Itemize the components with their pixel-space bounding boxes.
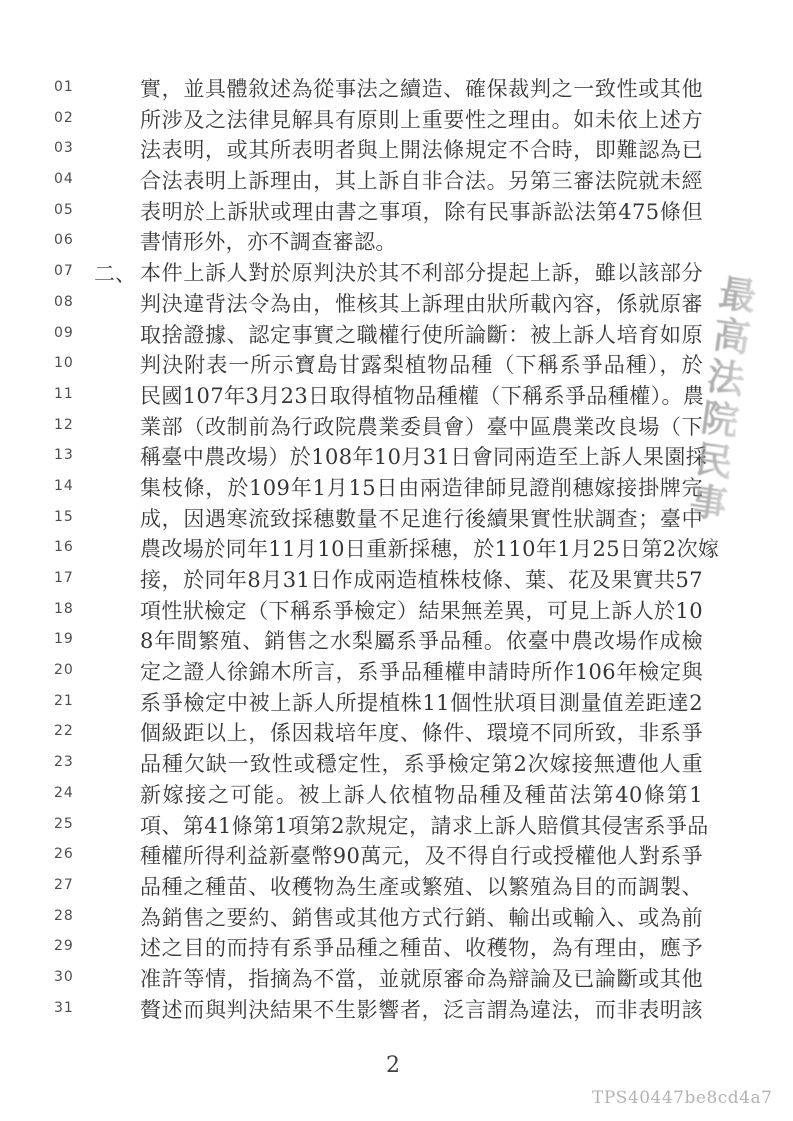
text-line: 09 取捨證據、認定事實之職權行使所論斷：被上訴人培育如原 — [0, 320, 793, 351]
line-text: 判決附表一所示寶島甘露梨植物品種（下稱系爭品種），於 — [140, 350, 703, 381]
line-number: 25 — [54, 816, 84, 832]
line-text: 成，因遇寒流致採穗數量不足進行後續果實性狀調查；臺中 — [140, 504, 703, 535]
scanned-court-document-page: 01 實，並具體敘述為從事法之續造、確保裁判之一致性或其他 02 所涉及之法律見… — [0, 0, 793, 1121]
line-text: 表明於上訴狀或理由書之事項，除有民事訴訟法第475條但 — [140, 197, 703, 228]
text-line: 25 項、第41條第1項第2款規定，請求上訴人賠償其侵害系爭品 — [0, 811, 793, 842]
line-number: 02 — [54, 110, 84, 126]
line-text: 合法表明上訴理由，其上訴自非合法。另第三審法院就未經 — [140, 166, 703, 197]
text-line: 30 准許等情，指摘為不當，並就原審命為辯論及已論斷或其他 — [0, 964, 793, 995]
text-line: 10 判決附表一所示寶島甘露梨植物品種（下稱系爭品種），於 — [0, 350, 793, 381]
text-line: 18 項性狀檢定（下稱系爭檢定）結果無差異，可見上訴人於10 — [0, 596, 793, 627]
line-number: 31 — [54, 1000, 84, 1016]
text-line: 02 所涉及之法律見解具有原則上重要性之理由。如未依上述方 — [0, 105, 793, 136]
line-text: 民國107年3月23日取得植物品種權（下稱系爭品種權）。農 — [140, 381, 703, 412]
text-line: 13 稱臺中農改場）於108年10月31日會同兩造至上訴人果園採 — [0, 442, 793, 473]
line-text: 贅述而與判決結果不生影響者，泛言謂為違法，而非表明該 — [140, 995, 703, 1026]
line-number: 06 — [54, 232, 84, 248]
line-text: 農改場於同年11月10日重新採穗，於110年1月25日第2次嫁 — [140, 534, 703, 565]
line-number: 19 — [54, 631, 84, 647]
line-text: 書情形外，亦不調查審認。 — [140, 227, 703, 258]
line-number: 24 — [54, 785, 84, 801]
page-number: 2 — [386, 1053, 400, 1078]
text-line: 27 品種之種苗、收穫物為生產或繁殖、以繁殖為目的而調製、 — [0, 872, 793, 903]
line-number: 23 — [54, 754, 84, 770]
text-line: 31 贅述而與判決結果不生影響者，泛言謂為違法，而非表明該 — [0, 995, 793, 1026]
line-number: 07 — [54, 263, 84, 279]
text-line: 05 表明於上訴狀或理由書之事項，除有民事訴訟法第475條但 — [0, 197, 793, 228]
line-number: 26 — [54, 846, 84, 862]
line-number: 27 — [54, 877, 84, 893]
line-text: 所涉及之法律見解具有原則上重要性之理由。如未依上述方 — [140, 105, 703, 136]
line-text: 為銷售之要約、銷售或其他方式行銷、輸出或輸入、或為前 — [140, 903, 703, 934]
line-number: 03 — [54, 140, 84, 156]
text-line: 21 系爭檢定中被上訴人所提植株11個性狀項目測量值差距達2 — [0, 688, 793, 719]
line-text: 述之目的而持有系爭品種之種苗、收穫物，為有理由，應予 — [140, 933, 703, 964]
list-item-marker: 二、 — [94, 258, 140, 288]
line-text: 准許等情，指摘為不當，並就原審命為辯論及已論斷或其他 — [140, 964, 703, 995]
line-number: 14 — [54, 478, 84, 494]
line-number: 08 — [54, 294, 84, 310]
text-line: 11 民國107年3月23日取得植物品種權（下稱系爭品種權）。農 — [0, 381, 793, 412]
text-line: 22 個級距以上，係因栽培年度、條件、環境不同所致，非系爭 — [0, 718, 793, 749]
line-text: 品種欠缺一致性或穩定性，系爭檢定第2次嫁接無遭他人重 — [140, 749, 703, 780]
text-line: 08 判決違背法令為由，惟核其上訴理由狀所載內容，係就原審 — [0, 289, 793, 320]
line-text: 稱臺中農改場）於108年10月31日會同兩造至上訴人果園採 — [140, 442, 703, 473]
line-text: 定之證人徐錦木所言，系爭品種權申請時所作106年檢定與 — [140, 657, 703, 688]
line-number: 17 — [54, 570, 84, 586]
text-line: 28 為銷售之要約、銷售或其他方式行銷、輸出或輸入、或為前 — [0, 903, 793, 934]
text-line: 03 法表明，或其所表明者與上開法條規定不合時，即難認為已 — [0, 135, 793, 166]
line-number: 22 — [54, 723, 84, 739]
line-text: 品種之種苗、收穫物為生產或繁殖、以繁殖為目的而調製、 — [140, 872, 703, 903]
line-text: 項性狀檢定（下稱系爭檢定）結果無差異，可見上訴人於10 — [140, 596, 703, 627]
line-number: 29 — [54, 938, 84, 954]
text-line: 19 8年間繁殖、銷售之水梨屬系爭品種。依臺中農改場作成檢 — [0, 626, 793, 657]
text-line: 16 農改場於同年11月10日重新採穗，於110年1月25日第2次嫁 — [0, 534, 793, 565]
document-id: TPS40447be8cd4a7 — [592, 1088, 772, 1108]
text-line: 26 種權所得利益新臺幣90萬元，及不得自行或授權他人對系爭 — [0, 841, 793, 872]
line-number: 11 — [54, 386, 84, 402]
line-number: 05 — [54, 202, 84, 218]
text-line: 07 二、 本件上訴人對於原判決於其不利部分提起上訴，雖以該部分 — [0, 258, 793, 289]
text-line: 14 集枝條，於109年1月15日由兩造律師見證削穗嫁接掛牌完 — [0, 473, 793, 504]
line-number: 12 — [54, 417, 84, 433]
line-text: 本件上訴人對於原判決於其不利部分提起上訴，雖以該部分 — [140, 258, 703, 289]
text-line: 15 成，因遇寒流致採穗數量不足進行後續果實性狀調查；臺中 — [0, 504, 793, 535]
line-number: 20 — [54, 662, 84, 678]
line-text: 接，於同年8月31日作成兩造植株枝條、葉、花及果實共57 — [140, 565, 703, 596]
text-line: 24 新嫁接之可能。被上訴人依植物品種及種苗法第40條第1 — [0, 780, 793, 811]
line-number: 10 — [54, 355, 84, 371]
line-number: 04 — [54, 171, 84, 187]
line-text: 種權所得利益新臺幣90萬元，及不得自行或授權他人對系爭 — [140, 841, 703, 872]
text-line: 23 品種欠缺一致性或穩定性，系爭檢定第2次嫁接無遭他人重 — [0, 749, 793, 780]
line-number: 21 — [54, 693, 84, 709]
line-text: 法表明，或其所表明者與上開法條規定不合時，即難認為已 — [140, 135, 703, 166]
text-line: 12 業部（改制前為行政院農業委員會）臺中區農業改良場（下 — [0, 412, 793, 443]
line-text: 取捨證據、認定事實之職權行使所論斷：被上訴人培育如原 — [140, 320, 703, 351]
text-line: 06 書情形外，亦不調查審認。 — [0, 227, 793, 258]
line-number: 01 — [54, 79, 84, 95]
line-text: 個級距以上，係因栽培年度、條件、環境不同所致，非系爭 — [140, 718, 703, 749]
line-number: 28 — [54, 908, 84, 924]
line-number: 13 — [54, 447, 84, 463]
line-number: 16 — [54, 539, 84, 555]
line-text: 實，並具體敘述為從事法之續造、確保裁判之一致性或其他 — [140, 74, 703, 105]
text-line: 01 實，並具體敘述為從事法之續造、確保裁判之一致性或其他 — [0, 74, 793, 105]
line-text: 集枝條，於109年1月15日由兩造律師見證削穗嫁接掛牌完 — [140, 473, 703, 504]
line-text: 業部（改制前為行政院農業委員會）臺中區農業改良場（下 — [140, 412, 703, 443]
line-text: 系爭檢定中被上訴人所提植株11個性狀項目測量值差距達2 — [140, 688, 703, 719]
line-number: 15 — [54, 509, 84, 525]
body-text-block: 01 實，並具體敘述為從事法之續造、確保裁判之一致性或其他 02 所涉及之法律見… — [0, 74, 793, 1025]
line-number: 09 — [54, 325, 84, 341]
line-text: 判決違背法令為由，惟核其上訴理由狀所載內容，係就原審 — [140, 289, 703, 320]
line-text: 8年間繁殖、銷售之水梨屬系爭品種。依臺中農改場作成檢 — [140, 626, 703, 657]
line-number: 18 — [54, 601, 84, 617]
line-text: 新嫁接之可能。被上訴人依植物品種及種苗法第40條第1 — [140, 780, 703, 811]
text-line: 04 合法表明上訴理由，其上訴自非合法。另第三審法院就未經 — [0, 166, 793, 197]
line-number: 30 — [54, 969, 84, 985]
text-line: 29 述之目的而持有系爭品種之種苗、收穫物，為有理由，應予 — [0, 933, 793, 964]
text-line: 17 接，於同年8月31日作成兩造植株枝條、葉、花及果實共57 — [0, 565, 793, 596]
text-line: 20 定之證人徐錦木所言，系爭品種權申請時所作106年檢定與 — [0, 657, 793, 688]
line-text: 項、第41條第1項第2款規定，請求上訴人賠償其侵害系爭品 — [140, 811, 703, 842]
